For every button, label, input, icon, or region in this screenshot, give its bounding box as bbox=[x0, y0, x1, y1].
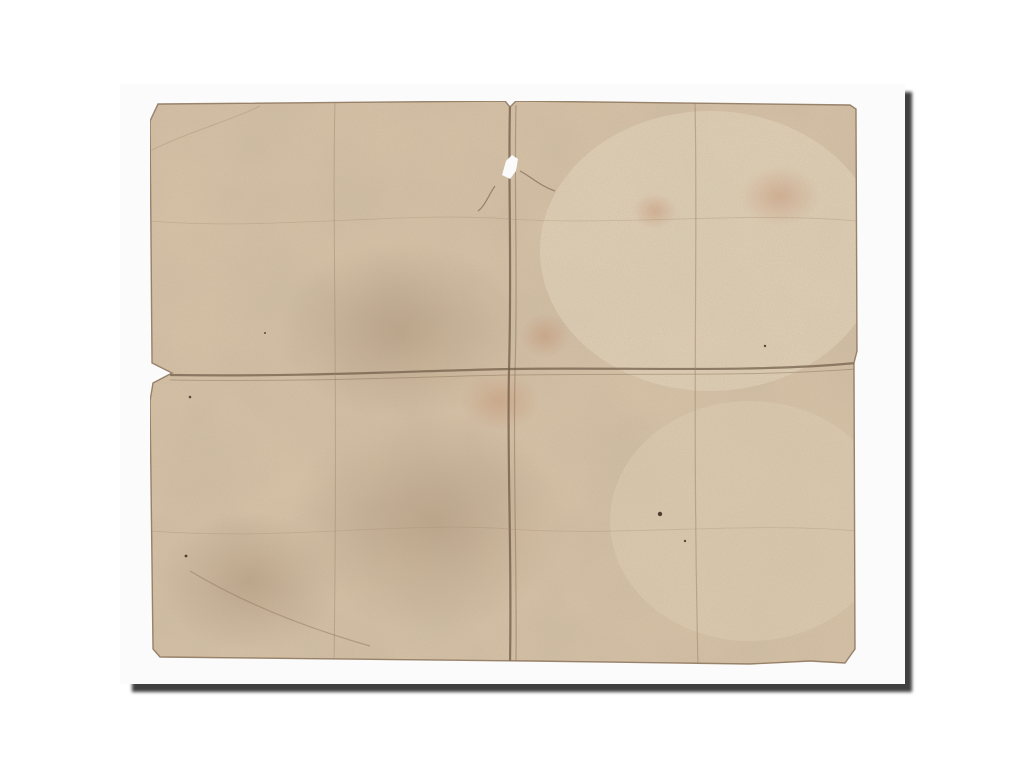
image-stage bbox=[0, 0, 1024, 768]
banknote-back bbox=[150, 101, 860, 667]
